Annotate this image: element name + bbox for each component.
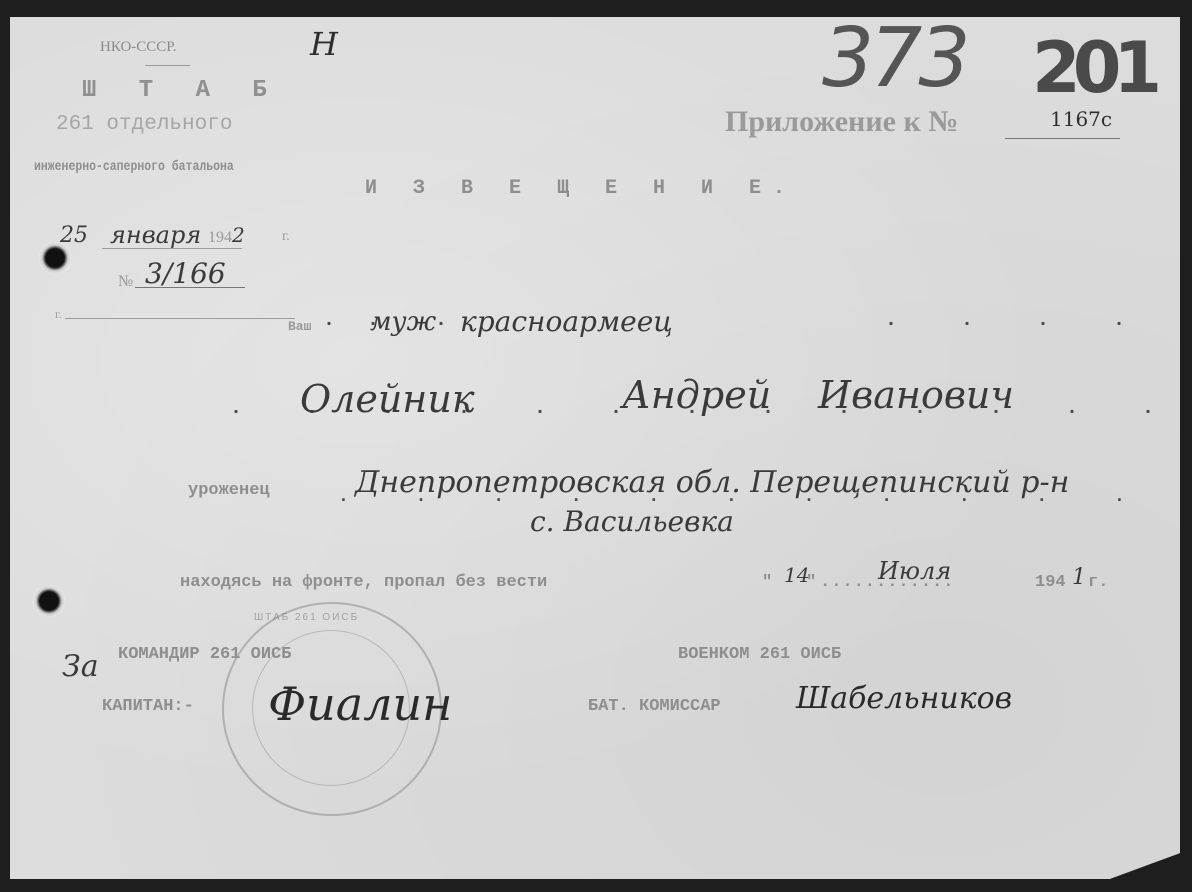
commander-rank: КАПИТАН:- bbox=[102, 697, 194, 716]
issue-month: января bbox=[110, 221, 201, 249]
commissar-rank: БАТ. КОМИССАР bbox=[588, 697, 721, 716]
commissar-title: ВОЕНКОМ 261 ОИСБ bbox=[678, 645, 841, 664]
birthplace-line-1: Днепропетровская обл. Перещепинский р-н bbox=[355, 465, 1069, 500]
quote-open: " bbox=[762, 573, 772, 592]
missing-month: Июля bbox=[878, 557, 951, 585]
punch-hole bbox=[32, 585, 66, 617]
missing-year-suffix: 1 bbox=[1072, 565, 1086, 590]
date-underline bbox=[102, 248, 242, 249]
fill-dots: . . . . bbox=[885, 309, 1151, 332]
city-prefix: г. bbox=[55, 307, 62, 322]
birthplace-label: уроженец bbox=[188, 481, 270, 500]
issue-year-prefix: 194 bbox=[208, 229, 232, 247]
appendix-number: 1167с bbox=[1050, 107, 1112, 131]
divider bbox=[145, 65, 190, 66]
fill-dots: . bbox=[435, 309, 457, 332]
issue-number-prefix: № bbox=[118, 273, 133, 291]
commissar-signature: Шабельников bbox=[796, 681, 1012, 716]
surname: Олейник bbox=[300, 377, 475, 421]
archive-number: 373 bbox=[822, 11, 967, 106]
quote-close: " bbox=[806, 573, 816, 592]
appendix-label: Приложение к № bbox=[725, 105, 958, 139]
corner-mark: Н bbox=[310, 25, 338, 63]
issue-day: 25 bbox=[60, 223, 88, 248]
missing-year-prefix: 194 bbox=[1035, 573, 1066, 592]
relation: муж bbox=[370, 307, 436, 337]
city-underline bbox=[65, 318, 295, 319]
first-name: Андрей bbox=[622, 373, 771, 417]
commander-title: КОМАНДИР 261 ОИСБ bbox=[118, 645, 291, 664]
unit-line-2: инженерно-саперного батальона bbox=[34, 159, 234, 175]
document-title: И З В Е Щ Е Н И Е. bbox=[365, 177, 797, 200]
issue-year-unit: г. bbox=[282, 229, 290, 245]
addressee-label: Ваш bbox=[288, 319, 311, 334]
missing-year-unit: г. bbox=[1088, 573, 1108, 592]
ministry-header: НКО-СССР. bbox=[100, 39, 177, 56]
issue-number: 3/166 bbox=[145, 257, 226, 290]
document-sheet: НКО-СССР. Ш Т А Б 261 отдельного инженер… bbox=[10, 17, 1180, 879]
birthplace-line-2: с. Васильевка bbox=[530, 505, 734, 538]
number-underline bbox=[135, 287, 245, 288]
appendix-underline bbox=[1005, 138, 1120, 139]
unit-line-1: 261 отдельного bbox=[56, 113, 232, 136]
stamp-text: ШТАБ 261 ОИСБ bbox=[254, 612, 359, 623]
commander-signature: Фиалин bbox=[268, 677, 452, 731]
sheet-number: 201 bbox=[1032, 27, 1154, 109]
issue-year-suffix: 2 bbox=[232, 223, 245, 247]
status-text: находясь на фронте, пропал без вести bbox=[180, 573, 547, 592]
patronymic: Иванович bbox=[818, 373, 1014, 417]
staff-header: Ш Т А Б bbox=[82, 77, 281, 104]
rank: красноармеец bbox=[460, 305, 673, 338]
commander-prefix: За bbox=[62, 649, 99, 684]
